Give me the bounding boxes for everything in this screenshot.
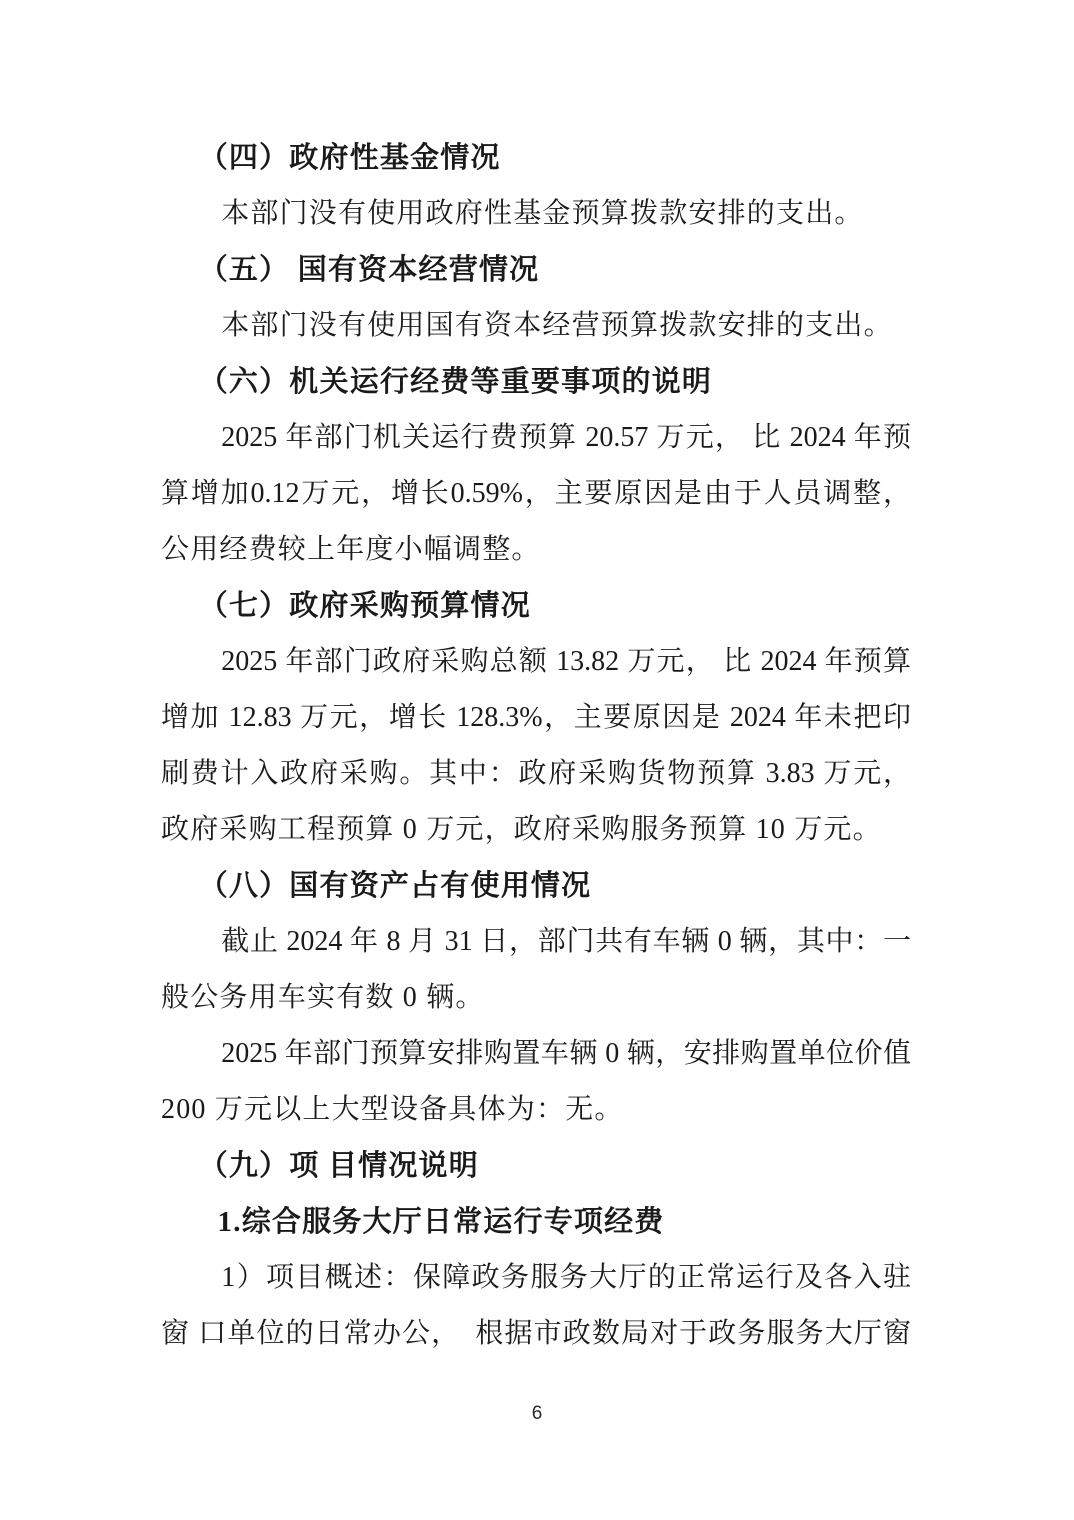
text-line: 1.综合服务大厅日常运行专项经费 [161,1194,911,1250]
text-line: 2025 年部门预算安排购置车辆 0 辆，安排购置单位价值 [161,1026,911,1082]
body-paragraph: 1）项目概述：保障政务服务大厅的正常运行及各入驻窗 口单位的日常办公， 根据市政… [161,1250,911,1362]
page-number: 6 [0,1402,1074,1426]
text-line: 算增加0.12万元，增长0.59%，主要原因是由于人员调整， [161,466,911,522]
section-heading: （六）机关运行经费等重要事项的说明 [161,354,911,410]
text-line: 2025 年部门政府采购总额 13.82 万元， 比 2024 年预算 [161,634,911,690]
section-heading: （九）项 目情况说明 [161,1138,911,1194]
text-line: 般公务用车实有数 0 辆。 [161,970,911,1026]
text-line: 1）项目概述：保障政务服务大厅的正常运行及各入驻 [161,1250,911,1306]
text-line: 截止 2024 年 8 月 31 日，部门共有车辆 0 辆，其中：一 [161,914,911,970]
document-body: （四）政府性基金情况本部门没有使用政府性基金预算拨款安排的支出。（五） 国有资本… [161,130,911,1362]
text-line: （八）国有资产占有使用情况 [161,858,911,914]
text-line: 窗 口单位的日常办公， 根据市政数局对于政务服务大厅窗 [161,1306,911,1362]
text-line: （五） 国有资本经营情况 [161,242,911,298]
section-heading: （四）政府性基金情况 [161,130,911,186]
text-line: 2025 年部门机关运行费预算 20.57 万元， 比 2024 年预 [161,410,911,466]
section-heading: （八）国有资产占有使用情况 [161,858,911,914]
text-line: （九）项 目情况说明 [161,1138,911,1194]
section-heading: （七）政府采购预算情况 [161,578,911,634]
body-paragraph: 2025 年部门预算安排购置车辆 0 辆，安排购置单位价值200 万元以上大型设… [161,1026,911,1138]
text-line: （四）政府性基金情况 [161,130,911,186]
text-line: 增加 12.83 万元，增长 128.3%，主要原因是 2024 年未把印 [161,690,911,746]
body-paragraph: 2025 年部门机关运行费预算 20.57 万元， 比 2024 年预算增加0.… [161,410,911,578]
text-line: （六）机关运行经费等重要事项的说明 [161,354,911,410]
text-line: 刷费计入政府采购。其中：政府采购货物预算 3.83 万元， [161,746,911,802]
text-line: 本部门没有使用政府性基金预算拨款安排的支出。 [161,186,911,242]
text-line: 公用经费较上年度小幅调整。 [161,522,911,578]
body-paragraph: 2025 年部门政府采购总额 13.82 万元， 比 2024 年预算增加 12… [161,634,911,858]
document-page: （四）政府性基金情况本部门没有使用政府性基金预算拨款安排的支出。（五） 国有资本… [0,0,1074,1520]
body-paragraph: 本部门没有使用政府性基金预算拨款安排的支出。 [161,186,911,242]
project-subheading: 1.综合服务大厅日常运行专项经费 [161,1194,911,1250]
section-heading: （五） 国有资本经营情况 [161,242,911,298]
text-line: （七）政府采购预算情况 [161,578,911,634]
text-line: 200 万元以上大型设备具体为：无。 [161,1082,911,1138]
body-paragraph: 本部门没有使用国有资本经营预算拨款安排的支出。 [161,298,911,354]
body-paragraph: 截止 2024 年 8 月 31 日，部门共有车辆 0 辆，其中：一般公务用车实… [161,914,911,1026]
text-line: 政府采购工程预算 0 万元，政府采购服务预算 10 万元。 [161,802,911,858]
text-line: 本部门没有使用国有资本经营预算拨款安排的支出。 [161,298,911,354]
